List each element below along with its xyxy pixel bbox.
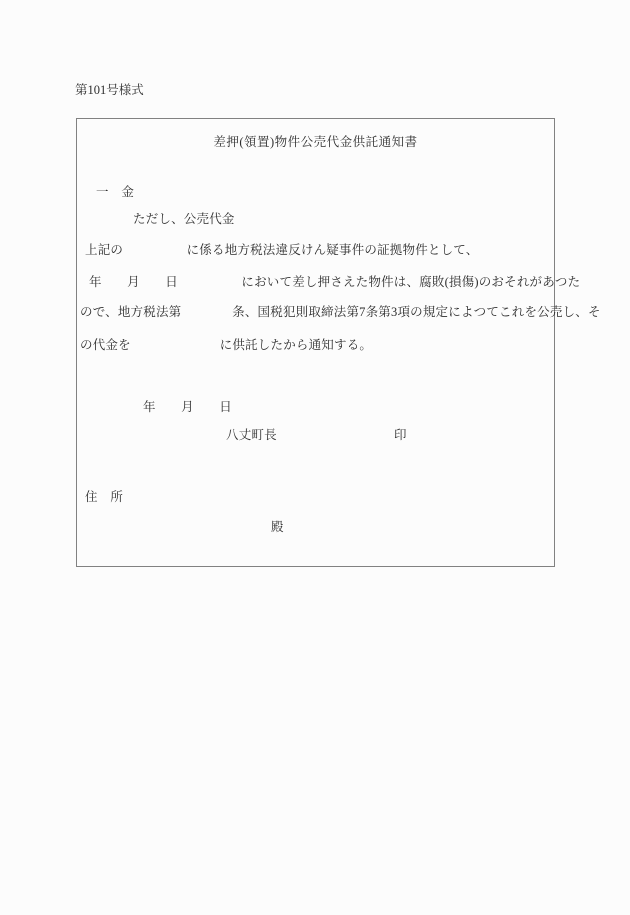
seal-mark: 印 [394, 428, 407, 443]
body-line-3: ので、地方税法第 条、国税犯則取締法第7条第3項の規定によつてこれを公売し、そ [80, 305, 601, 320]
body-line-2: 年 月 日 において差し押さえた物件は、腐敗(損傷)のおそれがあつた [89, 275, 580, 290]
form-number-label: 第101号様式 [75, 80, 144, 98]
body-line-1: 上記の に係る地方税法違反けん疑事件の証拠物件として、 [85, 243, 478, 258]
form-title: 差押(領置)物件公売代金供託通知書 [77, 135, 554, 150]
proviso-line: ただし、公売代金 [133, 212, 235, 227]
body-line-4: の代金を に供託したから通知する。 [80, 338, 372, 353]
issuer-name: 八丈町長 [226, 428, 277, 443]
recipient-honorific: 殿 [271, 520, 284, 535]
address-label: 住 所 [85, 490, 123, 505]
date-line: 年 月 日 [143, 400, 232, 415]
form-border-box: 差押(領置)物件公売代金供託通知書 一 金 ただし、公売代金 上記の に係る地方… [76, 118, 555, 567]
document-page: 第101号様式 差押(領置)物件公売代金供託通知書 一 金 ただし、公売代金 上… [0, 0, 630, 915]
amount-line: 一 金 [96, 185, 134, 200]
